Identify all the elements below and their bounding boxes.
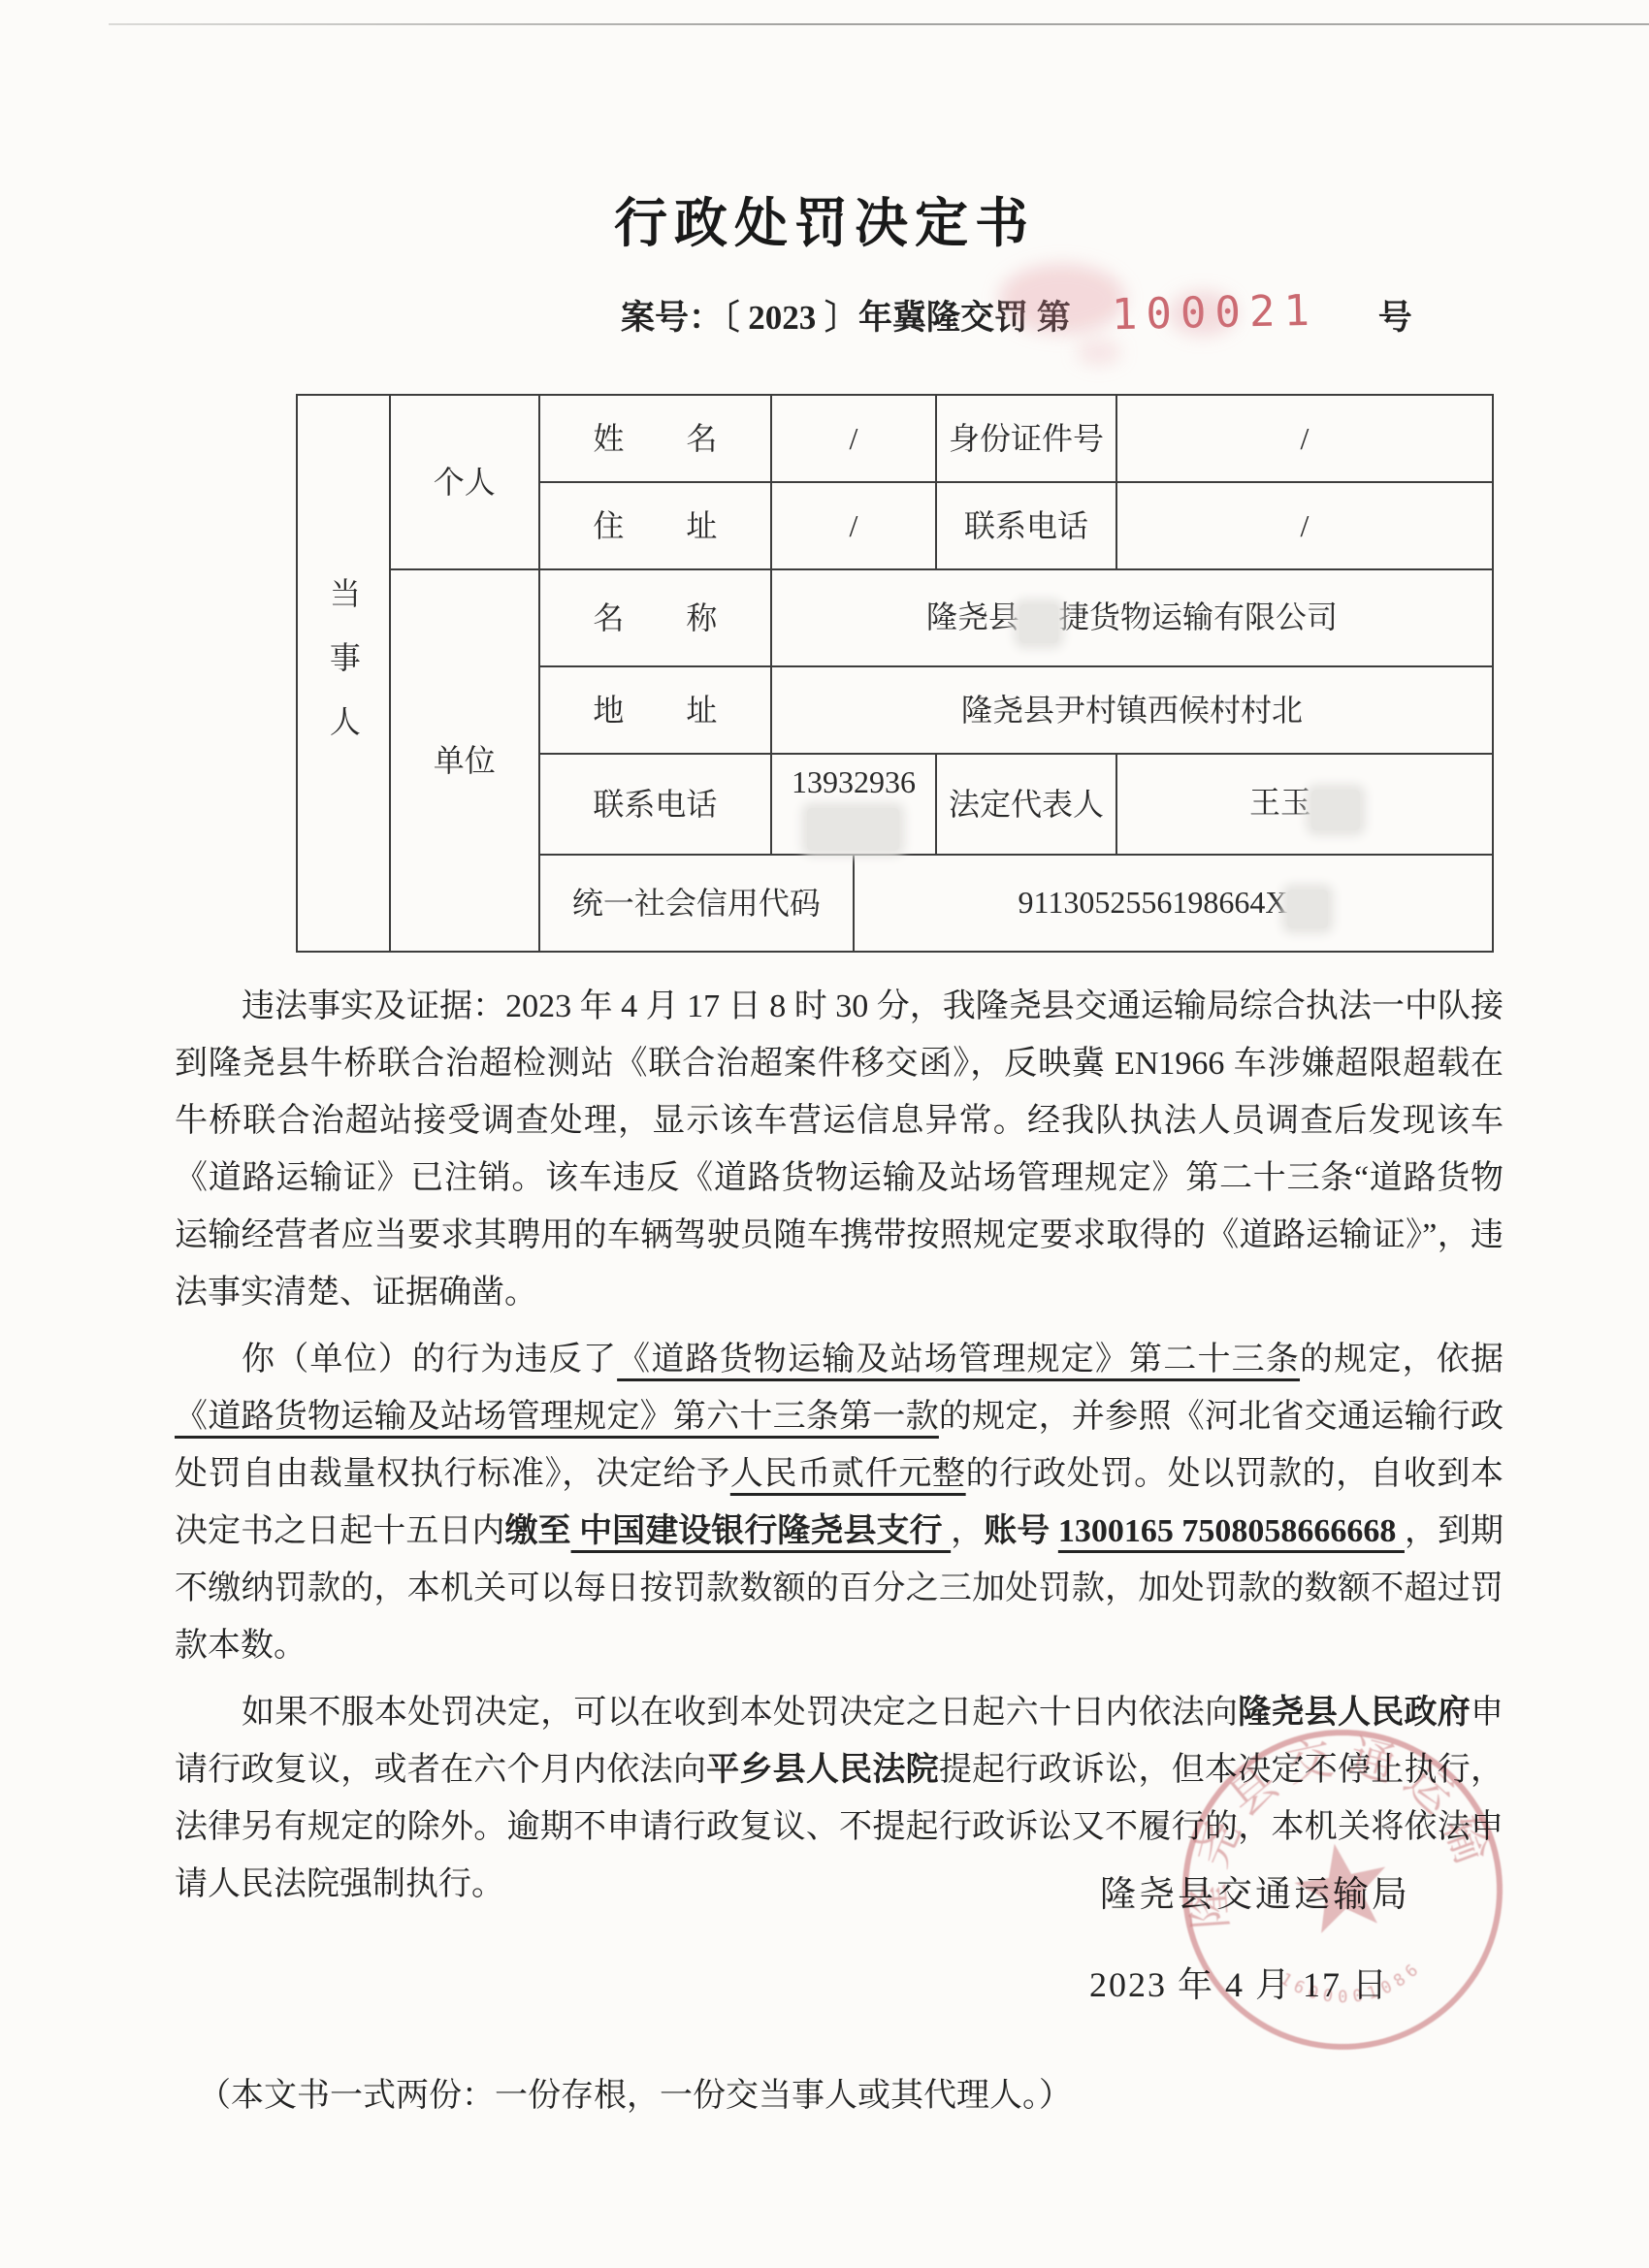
footer-note: （本文书一式两份：一份存根，一份交当事人或其代理人。） [198, 2068, 1072, 2116]
paragraph-segment: 《道路货物运输及站场管理规定》第二十三条 [617, 1342, 1300, 1377]
redaction-blur [1287, 890, 1328, 928]
signature-agency: 隆尧县交通运输局 [0, 1864, 1410, 1917]
address-label-cell: 住 址 [539, 482, 771, 569]
case-number-prefix: 案号：〔 2023 〕年冀隆交罚 第 [621, 291, 1071, 340]
paragraph-segment: 人民币贰仟元整 [730, 1456, 966, 1492]
paragraph: 违法事实及证据：2023 年 4 月 17 日 8 时 30 分，我隆尧县交通运… [175, 978, 1503, 1321]
id-label-cell: 身份证件号 [936, 395, 1116, 482]
paragraph-segment: 你（单位）的行为违反了 [242, 1342, 617, 1377]
paragraph-segment: 如果不服本处罚决定，可以在收到本处罚决定之日起六十日内依法向 [242, 1695, 1238, 1731]
org-phone-number: 13932936 [792, 764, 916, 799]
paragraph-segment: 隆尧县人民政府 [1238, 1695, 1471, 1731]
org-name-prefix: 隆尧县 [926, 599, 1019, 634]
party-header-cell: 当事人 [297, 395, 390, 952]
name-value-cell: / [771, 395, 936, 482]
legal-rep-value-cell: 王玉 [1116, 754, 1493, 855]
redaction-blur [1019, 604, 1058, 643]
credit-code-number: 9113052556198664X [1018, 885, 1288, 920]
org-name-label-cell: 名 称 [539, 569, 771, 666]
legal-rep-name: 王玉 [1249, 785, 1311, 820]
paragraph-segment: 1300165 7508058666668 [1058, 1513, 1405, 1549]
paragraph-segment: 平乡县人民法院 [706, 1752, 939, 1788]
paragraph-segment: ， [951, 1513, 984, 1549]
party-info-table: 当事人 个人 姓 名 / 身份证件号 / 住 址 / 联系电话 / 单位 名 称… [296, 394, 1494, 953]
name-label-cell: 姓 名 [539, 395, 771, 482]
org-phone-value-cell: 13932936 [771, 754, 936, 855]
phone-value-cell: / [1116, 482, 1493, 569]
paragraph-segment: 中国建设银行隆尧县支行 [571, 1513, 952, 1549]
credit-code-value-cell: 9113052556198664X [854, 855, 1493, 952]
organization-section-cell: 单位 [390, 569, 539, 952]
paragraph: 你（单位）的行为违反了《道路货物运输及站场管理规定》第二十三条的规定，依据 《道… [175, 1331, 1503, 1674]
body-paragraphs: 违法事实及证据：2023 年 4 月 17 日 8 时 30 分，我隆尧县交通运… [175, 978, 1503, 1913]
individual-section-cell: 个人 [390, 395, 539, 569]
party-header-label: 当事人 [328, 577, 359, 769]
org-name-value-cell: 隆尧县捷货物运输有限公司 [771, 569, 1493, 666]
legal-rep-label-cell: 法定代表人 [936, 754, 1116, 855]
signature-date: 2023 年 4 月 17 日 [0, 1958, 1389, 2007]
paragraph-segment: 账号 [984, 1513, 1058, 1549]
org-address-label-cell: 地 址 [539, 666, 771, 754]
paragraph-segment: 《道路货物运输及站场管理规定》第六十三条第一款 [175, 1399, 939, 1435]
document-title: 行政处罚决定书 [0, 0, 1649, 257]
redaction-blur [807, 808, 899, 851]
case-number-line: 案号：〔 2023 〕年冀隆交罚 第 100021 号 [0, 290, 1649, 340]
address-value-cell: / [771, 482, 936, 569]
case-number-suffix: 号 [1378, 291, 1412, 340]
org-name-suffix: 捷货物运输有限公司 [1058, 599, 1338, 634]
credit-code-label-cell: 统一社会信用代码 [539, 855, 854, 952]
paragraph-segment: 缴至 [504, 1513, 570, 1549]
scanned-document-page: 行政处罚决定书 案号：〔 2023 〕年冀隆交罚 第 100021 号 当事人 … [0, 0, 1649, 2268]
table-row: 单位 名 称 隆尧县捷货物运输有限公司 [297, 569, 1493, 666]
table-row: 当事人 个人 姓 名 / 身份证件号 / [297, 395, 1493, 482]
scan-edge-artifact [109, 23, 1649, 25]
paragraph-segment: 的规定，依据 [1300, 1342, 1503, 1377]
id-value-cell: / [1116, 395, 1493, 482]
red-ink-smudge [1077, 340, 1121, 365]
org-address-value-cell: 隆尧县尹村镇西候村村北 [771, 666, 1493, 754]
phone-label-cell: 联系电话 [936, 482, 1116, 569]
redaction-blur [1311, 790, 1360, 830]
case-number-stamp: 100021 [1111, 286, 1318, 340]
org-phone-label-cell: 联系电话 [539, 754, 771, 855]
paragraph-segment: 违法事实及证据：2023 年 4 月 17 日 8 时 30 分，我隆尧县交通运… [175, 988, 1503, 1311]
